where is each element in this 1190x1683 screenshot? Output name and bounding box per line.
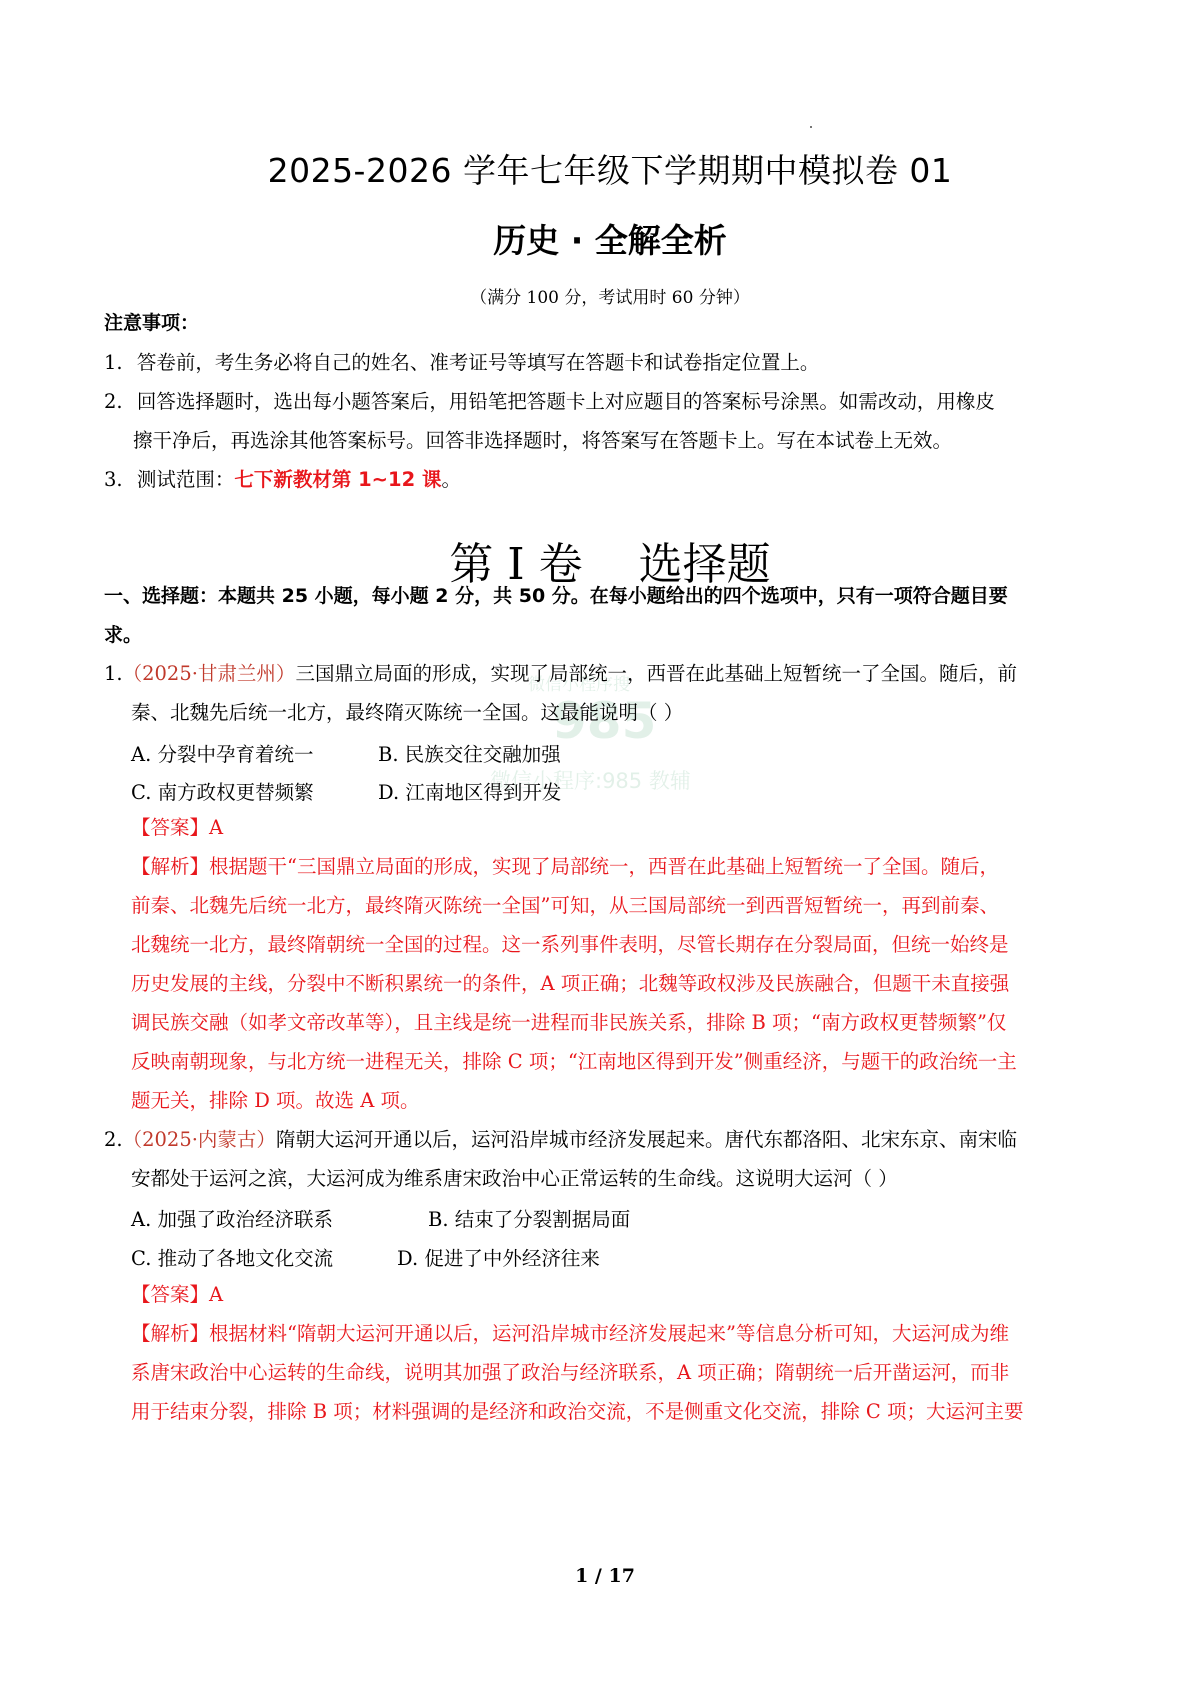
choice-instructions-line-2: 求。 <box>104 615 142 656</box>
analysis-label: 【解析】 <box>131 855 209 878</box>
question-stem: 三国鼎立局面的形成，实现了局部统一，西晋在此基础上短暂统一了全国。随后，前 <box>295 662 1017 685</box>
question-2-option-b[interactable]: B. 结束了分裂割据局面 <box>428 1204 630 1232</box>
question-1-stem-line-1: 1.（2025·甘肃兰州）三国鼎立局面的形成，实现了局部统一，西晋在此基础上短暂… <box>104 653 1017 694</box>
question-1-analysis-line-1: 【解析】根据题干“三国鼎立局面的形成，实现了局部统一，西晋在此基础上短暂统一了全… <box>131 846 999 887</box>
notice-item-number: 1. <box>104 351 123 374</box>
question-2-analysis-line-1: 【解析】根据材料“隋朝大运河开通以后，运河沿岸城市经济发展起来”等信息分析可知，… <box>131 1313 1009 1354</box>
question-1-analysis-line-6: 反映南朝现象，与北方统一进程无关，排除 C 项；“江南地区得到开发”侧重经济，与… <box>131 1041 1017 1082</box>
question-1-stem-line-2: 秦、北魏先后统一北方，最终隋灭陈统一全国。这最能说明（ ） <box>131 692 683 733</box>
question-2-stem-line-1: 2.（2025·内蒙古）隋朝大运河开通以后，运河沿岸城市经济发展起来。唐代东都洛… <box>104 1119 1017 1160</box>
notice-item-3: 3. 测试范围：七下新教材第 1~12 课。 <box>104 459 461 500</box>
notice-item-2-continued: 擦干净后，再选涂其他答案标号。回答非选择题时，将答案写在答题卡上。写在本试卷上无… <box>133 420 952 461</box>
notice-item-number: 2. <box>104 390 123 413</box>
notice-item-text: 答卷前，考生务必将自己的姓名、准考证号等填写在答题卡和试卷指定位置上。 <box>137 351 820 374</box>
answer-value: A <box>209 1283 223 1306</box>
question-number: 1. <box>104 662 123 685</box>
question-2-answer: 【答案】A <box>131 1274 223 1315</box>
choice-instructions-line-1: 一、选择题：本题共 25 小题，每小题 2 分，共 50 分。在每小题给出的四个… <box>104 585 1008 607</box>
question-1-analysis-line-4: 历史发展的主线，分裂中不断积累统一的条件，A 项正确；北魏等政权涉及民族融合，但… <box>131 963 1009 1004</box>
question-1-analysis-line-7: 题无关，排除 D 项。故选 A 项。 <box>131 1080 420 1121</box>
answer-label: 【答案】 <box>131 1283 209 1306</box>
question-1-option-d[interactable]: D. 江南地区得到开发 <box>378 777 561 805</box>
question-number: 2. <box>104 1128 123 1151</box>
test-scope-highlight: 七下新教材第 1~12 课 <box>234 468 441 491</box>
notice-item-end: 。 <box>441 468 461 491</box>
question-2-analysis-line-3: 用于结束分裂，排除 B 项；材料强调的是经济和政治交流，不是侧重文化交流，排除 … <box>131 1391 1024 1432</box>
question-1-analysis-line-5: 调民族交融（如孝文帝改革等），且主线是统一进程而非民族关系，排除 B 项；“南方… <box>131 1002 1006 1043</box>
question-1-answer: 【答案】A <box>131 807 223 848</box>
analysis-label: 【解析】 <box>131 1322 209 1345</box>
question-1-option-c[interactable]: C. 南方政权更替频繁 <box>131 777 314 805</box>
question-1-analysis-line-3: 北魏统一北方，最终隋朝统一全国的过程。这一系列事件表明，尽管长期存在分裂局面，但… <box>131 924 1009 965</box>
answer-value: A <box>209 816 223 839</box>
question-2-option-d[interactable]: D. 促进了中外经济往来 <box>397 1243 600 1271</box>
question-2-analysis-line-2: 系唐宋政治中心运转的生命线，说明其加强了政治与经济联系，A 项正确；隋朝统一后开… <box>131 1352 1009 1393</box>
exam-title: 2025-2026 学年七年级下学期期中模拟卷 01 <box>0 145 1190 192</box>
notice-item-2: 2. 回答选择题时，选出每小题答案后，用铅笔把答题卡上对应题目的答案标号涂黑。如… <box>104 381 995 422</box>
question-source: （2025·内蒙古） <box>123 1128 276 1151</box>
notice-item-text: 回答选择题时，选出每小题答案后，用铅笔把答题卡上对应题目的答案标号涂黑。如需改动… <box>137 390 995 413</box>
exam-subtitle: 历史 · 全解全析 <box>0 215 1190 262</box>
notice-item-1: 1. 答卷前，考生务必将自己的姓名、准考证号等填写在答题卡和试卷指定位置上。 <box>104 342 819 383</box>
question-2-option-a[interactable]: A. 加强了政治经济联系 <box>131 1204 333 1232</box>
stray-dot <box>810 126 812 128</box>
question-1-option-a[interactable]: A. 分裂中孕育着统一 <box>131 739 314 767</box>
notice-item-number: 3. <box>104 468 123 491</box>
notice-heading: 注意事项： <box>104 303 199 344</box>
page-number: 1 / 17 <box>0 1565 1190 1587</box>
question-stem: 隋朝大运河开通以后，运河沿岸城市经济发展起来。唐代东都洛阳、北宋东京、南宋临 <box>276 1128 1017 1151</box>
notice-item-label: 测试范围： <box>137 468 235 491</box>
question-source: （2025·甘肃兰州） <box>123 662 296 685</box>
choice-instructions: 一、选择题：本题共 25 小题，每小题 2 分，共 50 分。在每小题给出的四个… <box>104 576 1008 617</box>
document-page: 2025-2026 学年七年级下学期期中模拟卷 01 历史 · 全解全析 （满分… <box>0 0 1190 1683</box>
answer-label: 【答案】 <box>131 816 209 839</box>
question-1-option-b[interactable]: B. 民族交往交融加强 <box>378 739 561 767</box>
question-2-stem-line-2: 安都处于运河之滨，大运河成为维系唐宋政治中心正常运转的生命线。这说明大运河（ ） <box>131 1158 898 1199</box>
question-1-analysis-line-2: 前秦、北魏先后统一北方，最终隋灭陈统一全国”可知，从三国局部统一到西晋短暂统一，… <box>131 885 999 926</box>
question-2-option-c[interactable]: C. 推动了各地文化交流 <box>131 1243 333 1271</box>
